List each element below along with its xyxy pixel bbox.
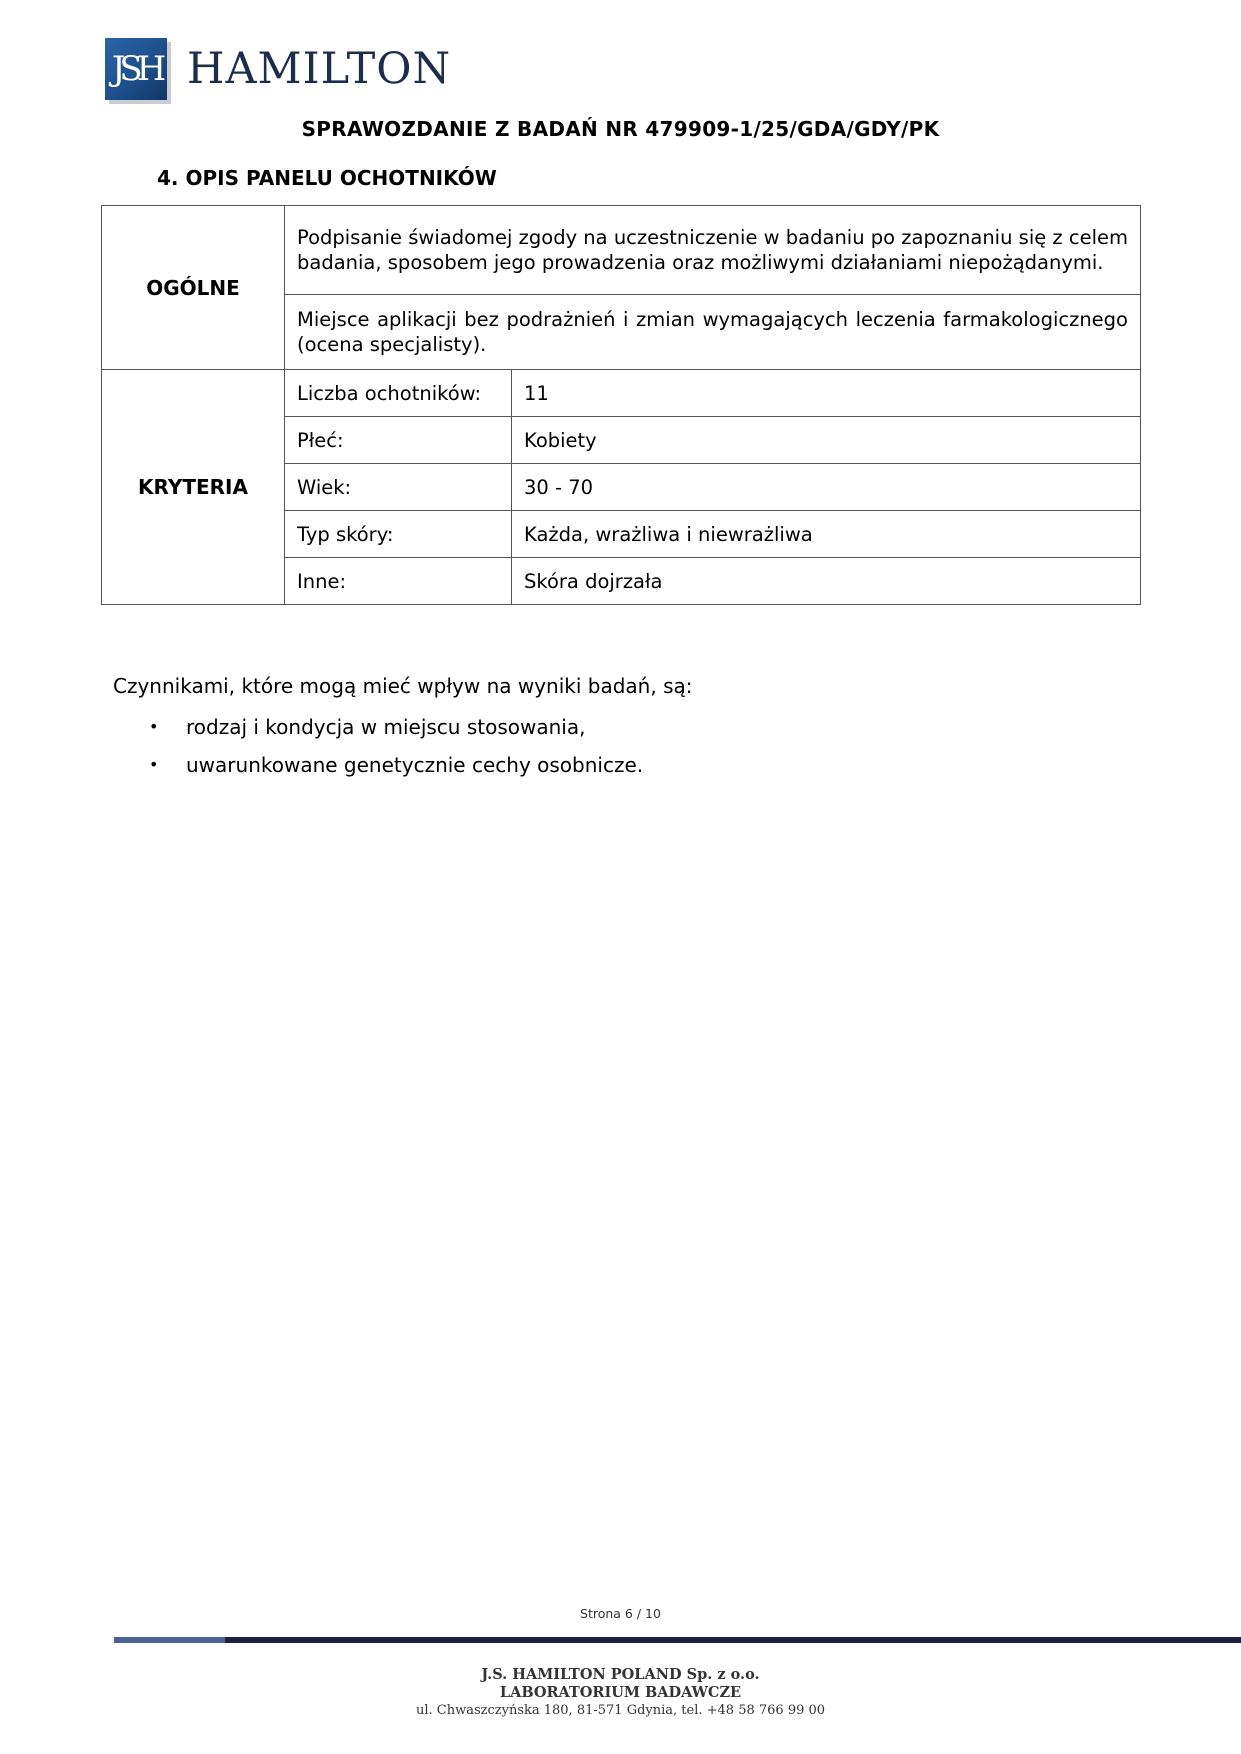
criteria-label: Inne: (285, 558, 512, 605)
factors-intro: Czynnikami, które mogą mieć wpływ na wyn… (113, 674, 692, 698)
category-criteria: KRYTERIA (102, 370, 285, 605)
general-requirement: Miejsce aplikacji bez podrażnień i zmian… (285, 295, 1141, 370)
footer-lab: LABORATORIUM BADAWCZE (0, 1684, 1241, 1702)
criteria-label: Typ skóry: (285, 511, 512, 558)
volunteer-panel-table: OGÓLNE Podpisanie świadomej zgody na ucz… (101, 205, 1141, 605)
criteria-label: Płeć: (285, 417, 512, 464)
page-number: Strona 6 / 10 (0, 1606, 1241, 1621)
logo-wordmark: HAMILTON (187, 44, 451, 94)
factors-list: • rodzaj i kondycja w miejscu stosowania… (113, 708, 692, 784)
criteria-value: 30 - 70 (512, 464, 1141, 511)
list-item: • rodzaj i kondycja w miejscu stosowania… (113, 708, 692, 746)
report-title: SPRAWOZDANIE Z BADAŃ NR 479909-1/25/GDA/… (0, 117, 1241, 141)
list-item: • uwarunkowane genetycznie cechy osobnic… (113, 746, 692, 784)
influencing-factors: Czynnikami, które mogą mieć wpływ na wyn… (113, 674, 692, 784)
factor-text: uwarunkowane genetycznie cechy osobnicze… (186, 753, 643, 777)
criteria-value: Skóra dojrzała (512, 558, 1141, 605)
logo-monogram-icon: JSH (105, 38, 167, 100)
general-requirement: Podpisanie świadomej zgody na uczestnicz… (285, 206, 1141, 295)
category-general: OGÓLNE (102, 206, 285, 370)
footer-address: ul. Chwaszczyńska 180, 81-571 Gdynia, te… (0, 1702, 1241, 1719)
criteria-value: Kobiety (512, 417, 1141, 464)
company-logo: JSH HAMILTON (105, 38, 451, 100)
page-footer: J.S. HAMILTON POLAND Sp. z o.o. LABORATO… (0, 1666, 1241, 1719)
criteria-value: Każda, wrażliwa i niewrażliwa (512, 511, 1141, 558)
section-heading: 4. OPIS PANELU OCHOTNIKÓW (157, 166, 497, 190)
table-row: KRYTERIA Liczba ochotników: 11 (102, 370, 1141, 417)
criteria-label: Liczba ochotników: (285, 370, 512, 417)
footer-divider (225, 1637, 1241, 1643)
footer-divider-accent (114, 1637, 225, 1643)
bullet-icon: • (149, 746, 158, 784)
bullet-icon: • (149, 708, 158, 746)
footer-company: J.S. HAMILTON POLAND Sp. z o.o. (0, 1666, 1241, 1684)
factor-text: rodzaj i kondycja w miejscu stosowania, (186, 715, 585, 739)
criteria-label: Wiek: (285, 464, 512, 511)
table-row: OGÓLNE Podpisanie świadomej zgody na ucz… (102, 206, 1141, 295)
criteria-value: 11 (512, 370, 1141, 417)
